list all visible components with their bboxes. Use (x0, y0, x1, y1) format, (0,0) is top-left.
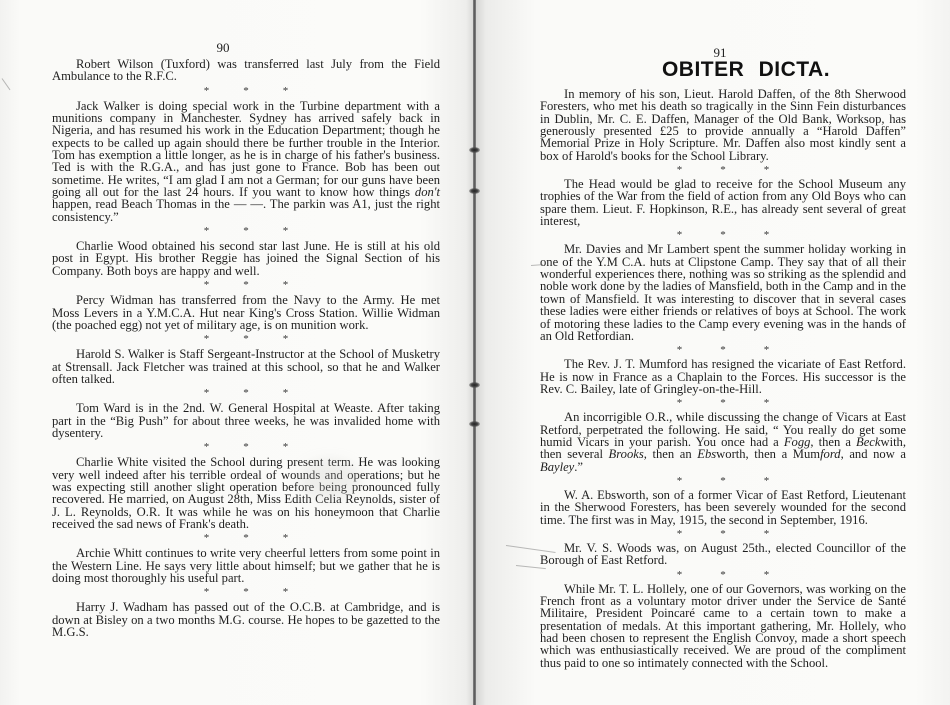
paragraph-humid-vicars: An incorrigible O.R., while discussing t… (540, 411, 906, 473)
section-separator: *** (540, 227, 906, 243)
section-separator: *** (540, 473, 906, 489)
paragraph-school-museum: The Head would be glad to receive for th… (540, 178, 906, 227)
paragraph-charlie-white: Charlie White visited the School during … (52, 456, 440, 530)
paragraph-harold-walker: Harold S. Walker is Staff Sergeant-Instr… (52, 348, 440, 385)
section-separator: *** (52, 584, 440, 601)
paragraph-tom-ward: Tom Ward is in the 2nd. W. General Hospi… (52, 402, 440, 439)
staple-mark (469, 188, 480, 194)
paragraph-percy-widman: Percy Widman has transferred from the Na… (52, 294, 440, 331)
paragraph-woods-councillor: Mr. V. S. Woods was, on August 25th., el… (540, 542, 906, 567)
paragraph-rev-mumford: The Rev. J. T. Mumford has resigned the … (540, 358, 906, 395)
section-separator: *** (540, 342, 906, 358)
section-separator: *** (52, 83, 440, 100)
right-page-column: In memory of his son, Lieut. Harold Daff… (540, 88, 906, 669)
section-separator: *** (52, 530, 440, 547)
italic-emphasis: don't (415, 185, 440, 199)
paragraph-harold-daffen-prize: In memory of his son, Lieut. Harold Daff… (540, 88, 906, 162)
italic-emphasis: Fogg (784, 435, 811, 449)
staple-mark (469, 382, 480, 388)
paragraph-archie-whitt: Archie Whitt continues to write very che… (52, 547, 440, 584)
paper-smudge (300, 460, 360, 500)
book-spine (473, 0, 476, 705)
italic-emphasis: Brooks (609, 447, 644, 461)
italic-emphasis: Ebs (697, 447, 716, 461)
section-separator: *** (52, 439, 440, 456)
paragraph-ymca-clipstone: Mr. Davies and Mr Lambert spent the summ… (540, 243, 906, 342)
paper-scratch (2, 78, 11, 90)
staple-mark (469, 147, 480, 153)
italic-emphasis: Beck (856, 435, 880, 449)
section-separator: *** (52, 277, 440, 294)
section-title: OBITER DICTA. (536, 58, 950, 82)
paragraph-robert-wilson: Robert Wilson (Tuxford) was transferred … (52, 58, 440, 83)
italic-emphasis: Bayley (540, 460, 574, 474)
left-page-column: Robert Wilson (Tuxford) was transferred … (52, 58, 440, 638)
right-page: 91 OBITER DICTA. In memory of his son, L… (476, 0, 950, 705)
section-separator: *** (52, 385, 440, 402)
paragraph-harry-wadham: Harry J. Wadham has passed out of the O.… (52, 601, 440, 638)
open-book-spread: 90 Robert Wilson (Tuxford) was transferr… (0, 0, 950, 705)
section-separator: *** (52, 331, 440, 348)
paragraph-jack-walker: Jack Walker is doing special work in the… (52, 100, 440, 223)
staple-mark (469, 421, 480, 427)
paragraph-hollely: While Mr. T. L. Hollely, one of our Gove… (540, 583, 906, 669)
section-separator: *** (540, 395, 906, 411)
paragraph-ebsworth: W. A. Ebsworth, son of a former Vicar of… (540, 489, 906, 526)
section-separator: *** (540, 567, 906, 583)
left-page: 90 Robert Wilson (Tuxford) was transferr… (0, 0, 474, 705)
italic-emphasis: ford (820, 447, 841, 461)
paragraph-charlie-wood: Charlie Wood obtained his second star la… (52, 240, 440, 277)
section-separator: *** (540, 162, 906, 178)
section-separator: *** (52, 223, 440, 240)
page-number-left: 90 (193, 40, 253, 56)
section-separator: *** (540, 526, 906, 542)
